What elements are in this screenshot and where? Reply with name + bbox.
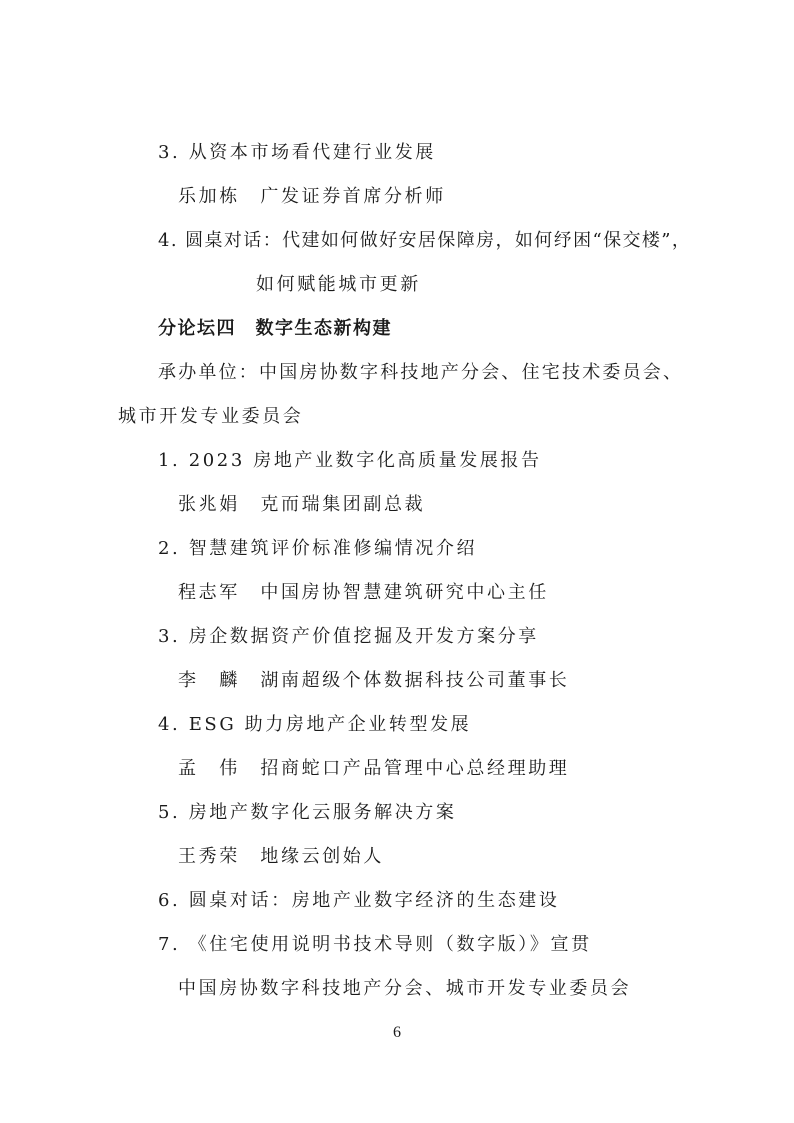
organizer-line: 城市开发专业委员会	[118, 405, 303, 429]
forum-heading: 分论坛四 数字生态新构建	[158, 317, 392, 341]
speaker: 孟 伟 招商蛇口产品管理中心总经理助理	[178, 757, 569, 781]
item-title: 7. 《住宅使用说明书技术导则（数字版）》宣贯	[158, 933, 592, 957]
speaker: 程志军 中国房协智慧建筑研究中心主任	[178, 581, 549, 605]
speaker: 中国房协数字科技地产分会、城市开发专业委员会	[178, 977, 631, 1001]
item-title: 2. 智慧建筑评价标准修编情况介绍	[158, 537, 477, 561]
item-title: 5. 房地产数字化云服务解决方案	[158, 801, 457, 825]
speaker: 张兆娟 克而瑞集团副总裁	[178, 493, 425, 517]
speaker: 李 麟 湖南超级个体数据科技公司董事长	[178, 669, 569, 693]
speaker: 乐加栋 广发证券首席分析师	[178, 185, 446, 209]
page-number: 6	[0, 1024, 794, 1042]
item-title: 4. ESG 助力房地产企业转型发展	[158, 713, 471, 737]
speaker: 王秀荣 地缘云创始人	[178, 845, 384, 869]
item-title-continuation: 如何赋能城市更新	[256, 273, 421, 297]
item-title: 4. 圆桌对话：代建如何做好安居保障房，如何纾困“保交楼”，	[158, 229, 691, 253]
item-title: 6. 圆桌对话：房地产业数字经济的生态建设	[158, 889, 560, 913]
item-title: 1. 2023 房地产业数字化高质量发展报告	[158, 449, 542, 473]
item-title: 3. 房企数据资产价值挖掘及开发方案分享	[158, 625, 539, 649]
item-title: 3. 从资本市场看代建行业发展	[158, 141, 436, 165]
organizer-line: 承办单位：中国房协数字科技地产分会、住宅技术委员会、	[158, 361, 683, 385]
